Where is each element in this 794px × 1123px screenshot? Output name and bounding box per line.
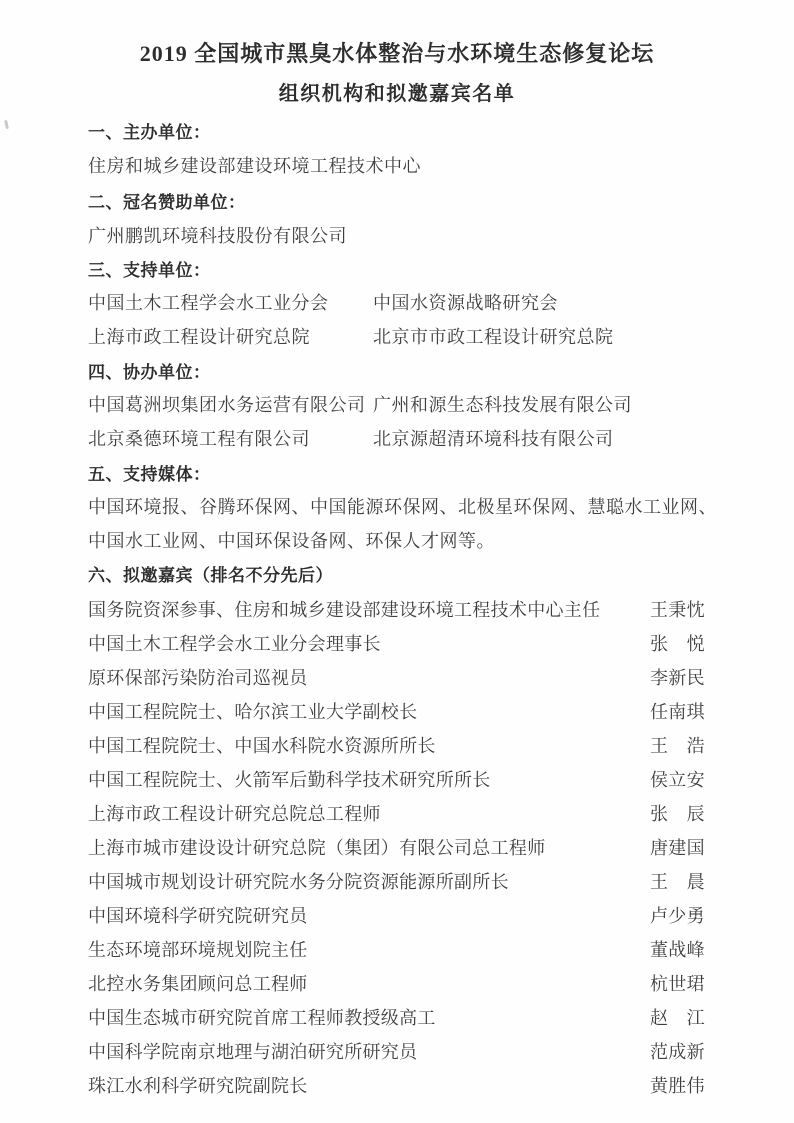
guest-title: 中国工程院院士、火箭军后勤科学技术研究所所长 [88, 768, 491, 792]
guest-title: 中国城市规划设计研究院水务分院资源能源所副所长 [88, 870, 509, 894]
guest-name: 王 浩 [650, 734, 705, 758]
document-page: 2019 全国城市黑臭水体整治与水环境生态修复论坛 组织机构和拟邀嘉宾名单 一、… [0, 0, 794, 1123]
section-heading-title-sponsor: 二、冠名赞助单位： [88, 191, 246, 215]
guest-title: 中国工程院院士、中国水科院水资源所所长 [88, 734, 436, 758]
guest-name: 王秉忱 [650, 598, 705, 622]
host-org: 住房和城乡建设部建设环境工程技术中心 [88, 154, 421, 178]
guest-name: 任南琪 [650, 700, 705, 724]
guest-name: 董战峰 [650, 938, 705, 962]
coorganizer-org: 中国葛洲坝集团水务运营有限公司 [88, 393, 366, 417]
media-list-line: 中国水工业网、中国环保设备网、环保人才网等。 [88, 529, 495, 553]
support-org: 上海市政工程设计研究总院 [88, 325, 310, 349]
guest-title: 原环保部污染防治司巡视员 [88, 666, 308, 690]
guest-name: 侯立安 [650, 768, 705, 792]
support-org: 中国土木工程学会水工业分会 [88, 291, 329, 315]
section-heading-guests: 六、拟邀嘉宾（排名不分先后） [88, 564, 333, 588]
scan-artifact-mark [4, 120, 9, 129]
section-heading-support-units: 三、支持单位： [88, 259, 211, 283]
guest-name: 王 晨 [650, 870, 705, 894]
sponsor-org: 广州鹏凯环境科技股份有限公司 [88, 224, 347, 248]
guest-name: 赵 江 [650, 1006, 705, 1030]
support-org: 中国水资源战略研究会 [373, 291, 558, 315]
support-org: 北京市市政工程设计研究总院 [373, 325, 614, 349]
coorganizer-org: 北京源超清环境科技有限公司 [373, 427, 614, 451]
coorganizer-org: 广州和源生态科技发展有限公司 [373, 393, 632, 417]
guest-title: 珠江水利科学研究院副院长 [88, 1074, 308, 1098]
guest-title: 中国生态城市研究院首席工程师教授级高工 [88, 1006, 436, 1030]
guest-name: 张 悦 [650, 632, 705, 656]
guest-name: 李新民 [650, 666, 705, 690]
media-list-line: 中国环境报、谷腾环保网、中国能源环保网、北极星环保网、慧聪水工业网、 [88, 495, 717, 519]
guest-title: 上海市政工程设计研究总院总工程师 [88, 802, 381, 826]
coorganizer-org: 北京桑德环境工程有限公司 [88, 427, 310, 451]
guest-title: 中国科学院南京地理与湖泊研究所研究员 [88, 1040, 417, 1064]
guest-title: 国务院资深参事、住房和城乡建设部建设环境工程技术中心主任 [88, 598, 600, 622]
guest-name: 唐建国 [650, 836, 705, 860]
page-title: 2019 全国城市黑臭水体整治与水环境生态修复论坛 [0, 42, 794, 66]
section-heading-media: 五、支持媒体： [88, 463, 211, 487]
section-heading-host: 一、主办单位： [88, 121, 211, 145]
guest-name: 黄胜伟 [650, 1074, 705, 1098]
guest-name: 张 辰 [650, 802, 705, 826]
guest-title: 北控水务集团顾问总工程师 [88, 972, 308, 996]
page-subtitle: 组织机构和拟邀嘉宾名单 [0, 82, 794, 106]
guest-title: 生态环境部环境规划院主任 [88, 938, 308, 962]
guest-title: 中国工程院院士、哈尔滨工业大学副校长 [88, 700, 417, 724]
guest-title: 中国环境科学研究院研究员 [88, 904, 308, 928]
section-heading-coorganizers: 四、协办单位： [88, 361, 211, 385]
guest-title: 上海市城市建设设计研究总院（集团）有限公司总工程师 [88, 836, 546, 860]
guest-name: 范成新 [650, 1040, 705, 1064]
guest-name: 杭世珺 [650, 972, 705, 996]
guest-name: 卢少勇 [650, 904, 705, 928]
guest-title: 中国土木工程学会水工业分会理事长 [88, 632, 381, 656]
